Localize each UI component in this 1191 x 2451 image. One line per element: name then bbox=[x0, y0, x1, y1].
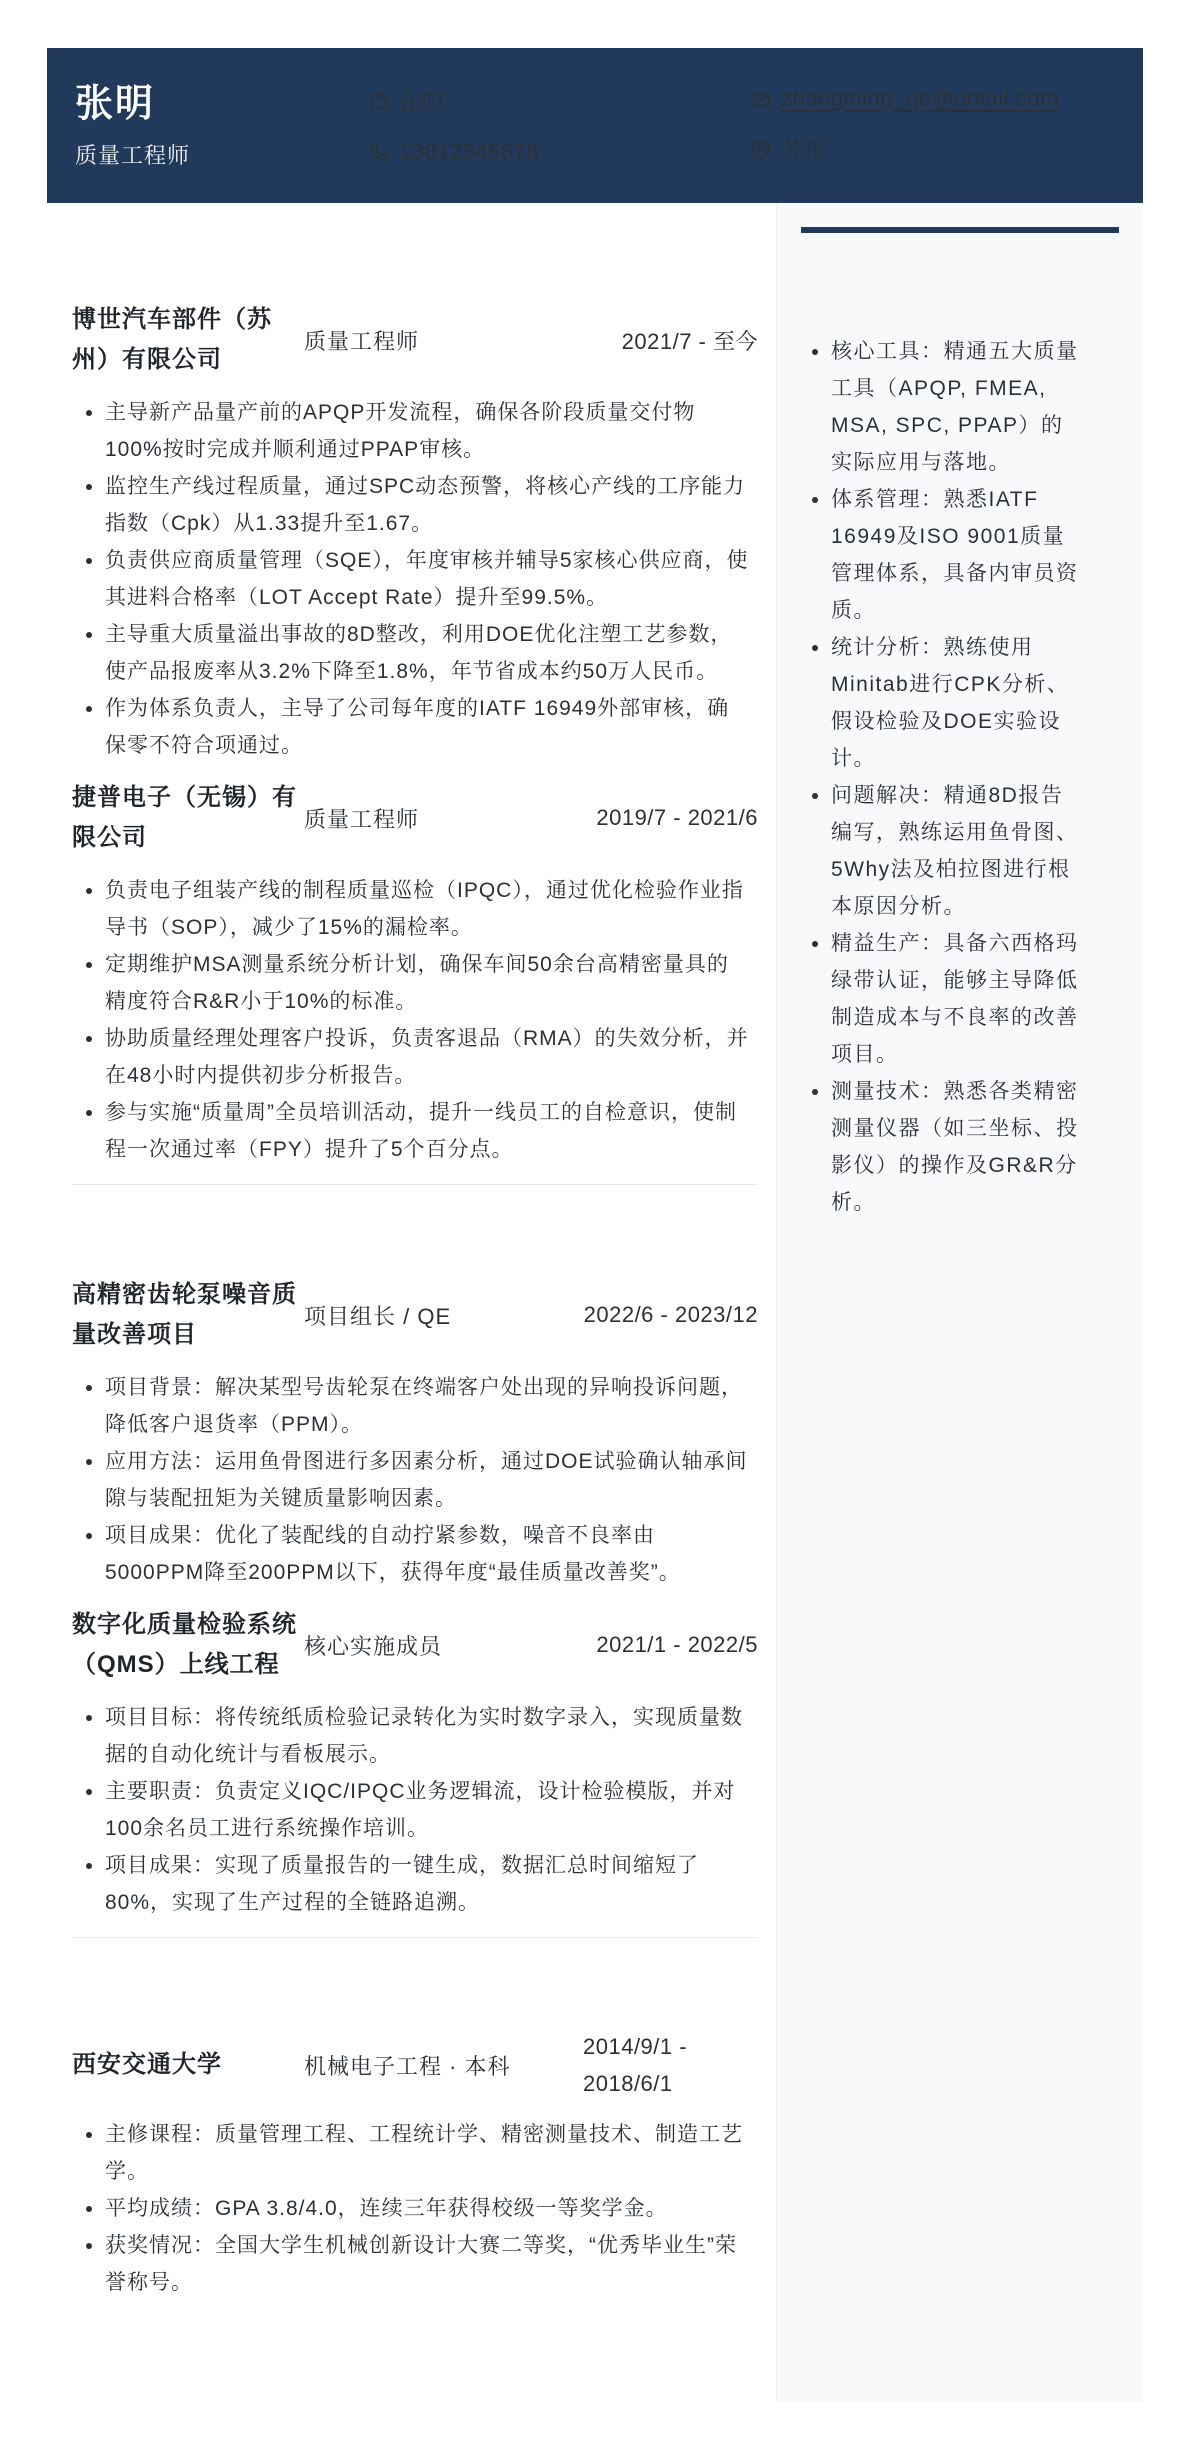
sidebar-accent-rule bbox=[801, 227, 1119, 233]
bullet-list: 项目目标：将传统纸质检验记录转化为实时数字录入，实现质量数据的自动化统计与看板展… bbox=[72, 1699, 758, 1921]
skill-item: 统计分析：熟练使用Minitab进行CPK分析、假设检验及DOE实验设计。 bbox=[831, 629, 1081, 777]
education-section: 西安交通大学 机械电子工程 · 本科 2014/9/1 - 2018/6/1 主… bbox=[72, 2028, 758, 2301]
date-range: 2019/7 - 2021/6 bbox=[596, 805, 758, 831]
bullet-item: 平均成绩：GPA 3.8/4.0，连续三年获得校级一等奖学金。 bbox=[105, 2190, 750, 2227]
bullet-item: 负责电子组装产线的制程质量巡检（IPQC），通过优化检验作业指导书（SOP），减… bbox=[105, 872, 750, 946]
bullet-list: 负责电子组装产线的制程质量巡检（IPQC），通过优化检验作业指导书（SOP），减… bbox=[72, 872, 758, 1168]
work-entry: 捷普电子（无锡）有限公司 质量工程师 2019/7 - 2021/6 负责电子组… bbox=[72, 778, 758, 1168]
project-role: 项目组长 / QE bbox=[304, 1300, 572, 1331]
projects-section: 高精密齿轮泵噪音质量改善项目 项目组长 / QE 2022/6 - 2023/1… bbox=[72, 1275, 758, 1921]
bullet-item: 项目成果：实现了质量报告的一键生成，数据汇总时间缩短了80%，实现了生产过程的全… bbox=[105, 1847, 750, 1921]
degree-major: 机械电子工程 · 本科 bbox=[304, 2050, 571, 2081]
date-range: 2021/1 - 2022/5 bbox=[596, 1632, 758, 1658]
bullet-item: 应用方法：运用鱼骨图进行多因素分析，通过DOE试验确认轴承间隙与装配扭矩为关键质… bbox=[105, 1443, 750, 1517]
skill-item: 问题解决：精通8D报告编写，熟练运用鱼骨图、5Why法及柏拉图进行根本原因分析。 bbox=[831, 777, 1081, 925]
bullet-list: 项目背景：解决某型号齿轮泵在终端客户处出现的异响投诉问题，降低客户退货率（PPM… bbox=[72, 1369, 758, 1591]
bullet-item: 协助质量经理处理客户投诉，负责客退品（RMA）的失效分析，并在48小时内提供初步… bbox=[105, 1020, 750, 1094]
employment-status-text: 在职 bbox=[399, 86, 444, 117]
skills-sidebar: 核心工具：精通五大质量工具（APQP, FMEA, MSA, SPC, PPAP… bbox=[776, 203, 1143, 2402]
phone-number: 13812345678 bbox=[399, 139, 539, 165]
date-range: 2014/9/1 - 2018/6/1 bbox=[583, 2028, 758, 2102]
bullet-item: 获奖情况：全国大学生机械创新设计大赛二等奖，“优秀毕业生”荣誉称号。 bbox=[105, 2227, 750, 2301]
skill-item: 测量技术：熟悉各类精密测量仪器（如三坐标、投影仪）的操作及GR&R分析。 bbox=[831, 1073, 1081, 1221]
email-row: zhangming_qe@email.com bbox=[751, 86, 1115, 112]
work-experience-section: 博世汽车部件（苏州）有限公司 质量工程师 2021/7 - 至今 主导新产品量产… bbox=[72, 300, 758, 1168]
header-contact-right: zhangming_qe@email.com 苏州 bbox=[751, 86, 1115, 165]
date-range: 2022/6 - 2023/12 bbox=[584, 1302, 758, 1328]
mail-icon bbox=[751, 89, 771, 109]
project-role: 核心实施成员 bbox=[304, 1630, 584, 1661]
date-range: 2021/7 - 至今 bbox=[622, 325, 758, 356]
location-row: 苏州 bbox=[751, 134, 1115, 165]
bullet-item: 参与实施“质量周”全员培训活动，提升一线员工的自检意识，使制程一次通过率（FPY… bbox=[105, 1094, 750, 1168]
phone-row: 13812345678 bbox=[369, 139, 751, 165]
bullet-item: 项目成果：优化了装配线的自动拧紧参数，噪音不良率由5000PPM降至200PPM… bbox=[105, 1517, 750, 1591]
location-pin-icon bbox=[751, 140, 771, 160]
employment-status: 在职 bbox=[369, 86, 751, 117]
bullet-item: 定期维护MSA测量系统分析计划，确保车间50余台高精密量具的精度符合R&R小于1… bbox=[105, 946, 750, 1020]
location-text: 苏州 bbox=[781, 134, 826, 165]
main-column: 博世汽车部件（苏州）有限公司 质量工程师 2021/7 - 至今 主导新产品量产… bbox=[47, 203, 776, 2301]
skills-list: 核心工具：精通五大质量工具（APQP, FMEA, MSA, SPC, PPAP… bbox=[801, 333, 1093, 1221]
section-divider bbox=[72, 1937, 758, 1938]
school-name: 西安交通大学 bbox=[72, 2045, 304, 2085]
header: 张明 质量工程师 在职 13812345678 zhan bbox=[47, 48, 1143, 203]
skill-item: 核心工具：精通五大质量工具（APQP, FMEA, MSA, SPC, PPAP… bbox=[831, 333, 1081, 481]
candidate-title: 质量工程师 bbox=[75, 139, 369, 170]
candidate-name: 张明 bbox=[75, 81, 369, 127]
bullet-item: 项目目标：将传统纸质检验记录转化为实时数字录入，实现质量数据的自动化统计与看板展… bbox=[105, 1699, 750, 1773]
project-title: 高精密齿轮泵噪音质量改善项目 bbox=[72, 1275, 304, 1355]
project-entry: 高精密齿轮泵噪音质量改善项目 项目组长 / QE 2022/6 - 2023/1… bbox=[72, 1275, 758, 1591]
bullet-item: 负责供应商质量管理（SQE），年度审核并辅导5家核心供应商，使其进料合格率（LO… bbox=[105, 542, 750, 616]
skill-item: 体系管理：熟悉IATF 16949及ISO 9001质量管理体系，具备内审员资质… bbox=[831, 481, 1081, 629]
role-title: 质量工程师 bbox=[304, 325, 610, 356]
bullet-item: 主导新产品量产前的APQP开发流程，确保各阶段质量交付物100%按时完成并顺利通… bbox=[105, 394, 750, 468]
bullet-list: 主修课程：质量管理工程、工程统计学、精密测量技术、制造工艺学。 平均成绩：GPA… bbox=[72, 2116, 758, 2301]
entry-header: 捷普电子（无锡）有限公司 质量工程师 2019/7 - 2021/6 bbox=[72, 778, 758, 858]
company-name: 捷普电子（无锡）有限公司 bbox=[72, 778, 304, 858]
entry-header: 数字化质量检验系统（QMS）上线工程 核心实施成员 2021/1 - 2022/… bbox=[72, 1605, 758, 1685]
work-entry: 博世汽车部件（苏州）有限公司 质量工程师 2021/7 - 至今 主导新产品量产… bbox=[72, 300, 758, 764]
resume-page: 张明 质量工程师 在职 13812345678 zhan bbox=[0, 0, 1191, 2451]
section-divider bbox=[72, 1184, 758, 1185]
project-title: 数字化质量检验系统（QMS）上线工程 bbox=[72, 1605, 304, 1685]
bullet-list: 主导新产品量产前的APQP开发流程，确保各阶段质量交付物100%按时完成并顺利通… bbox=[72, 394, 758, 764]
bullet-item: 主导重大质量溢出事故的8D整改，利用DOE优化注塑工艺参数，使产品报废率从3.2… bbox=[105, 616, 750, 690]
header-name-block: 张明 质量工程师 bbox=[75, 81, 369, 170]
header-contact-left: 在职 13812345678 bbox=[369, 86, 751, 165]
bullet-item: 监控生产线过程质量，通过SPC动态预警，将核心产线的工序能力指数（Cpk）从1.… bbox=[105, 468, 750, 542]
project-entry: 数字化质量检验系统（QMS）上线工程 核心实施成员 2021/1 - 2022/… bbox=[72, 1605, 758, 1921]
entry-header: 博世汽车部件（苏州）有限公司 质量工程师 2021/7 - 至今 bbox=[72, 300, 758, 380]
entry-header: 西安交通大学 机械电子工程 · 本科 2014/9/1 - 2018/6/1 bbox=[72, 2028, 758, 2102]
role-title: 质量工程师 bbox=[304, 803, 584, 834]
education-entry: 西安交通大学 机械电子工程 · 本科 2014/9/1 - 2018/6/1 主… bbox=[72, 2028, 758, 2301]
phone-icon bbox=[369, 142, 389, 162]
email-link[interactable]: zhangming_qe@email.com bbox=[781, 86, 1059, 112]
bullet-item: 作为体系负责人，主导了公司每年度的IATF 16949外部审核，确保零不符合项通… bbox=[105, 690, 750, 764]
bullet-item: 项目背景：解决某型号齿轮泵在终端客户处出现的异响投诉问题，降低客户退货率（PPM… bbox=[105, 1369, 750, 1443]
briefcase-icon bbox=[369, 92, 389, 112]
entry-header: 高精密齿轮泵噪音质量改善项目 项目组长 / QE 2022/6 - 2023/1… bbox=[72, 1275, 758, 1355]
bullet-item: 主修课程：质量管理工程、工程统计学、精密测量技术、制造工艺学。 bbox=[105, 2116, 750, 2190]
skill-item: 精益生产：具备六西格玛绿带认证，能够主导降低制造成本与不良率的改善项目。 bbox=[831, 925, 1081, 1073]
content: 博世汽车部件（苏州）有限公司 质量工程师 2021/7 - 至今 主导新产品量产… bbox=[47, 203, 1143, 2402]
bullet-item: 主要职责：负责定义IQC/IPQC业务逻辑流，设计检验模版，并对100余名员工进… bbox=[105, 1773, 750, 1847]
company-name: 博世汽车部件（苏州）有限公司 bbox=[72, 300, 304, 380]
